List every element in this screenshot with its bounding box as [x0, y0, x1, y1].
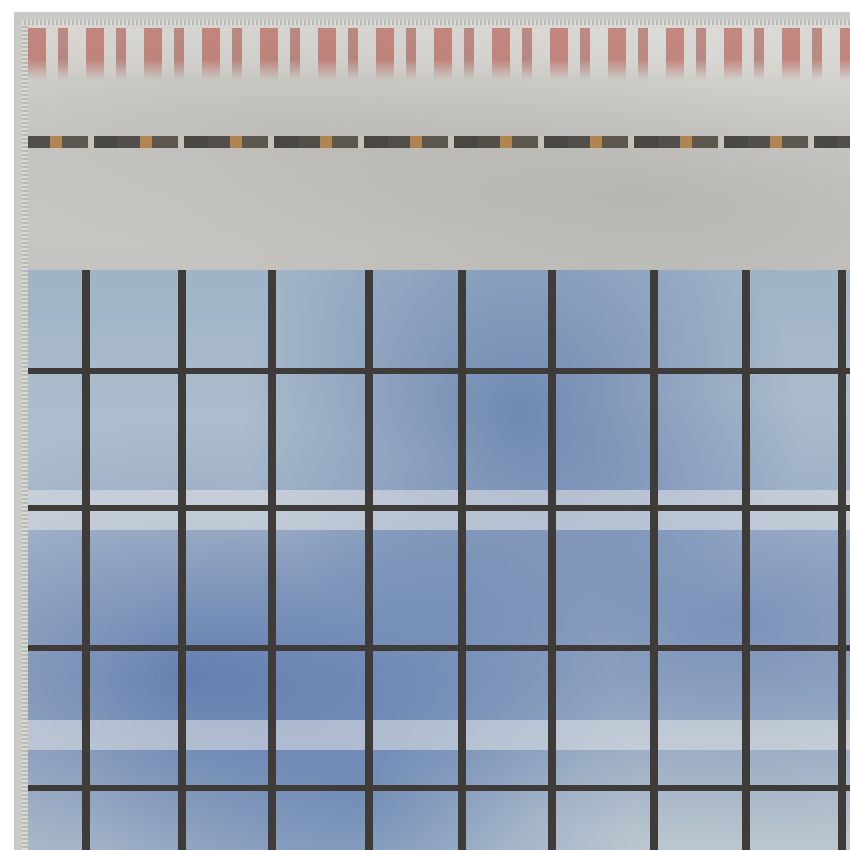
rust-motif-row	[28, 28, 850, 80]
grid-line-vertical	[365, 270, 373, 850]
grid-line-vertical	[742, 270, 750, 850]
grid-line-horizontal	[28, 505, 850, 511]
grid-line-vertical	[82, 270, 90, 850]
rug-photo	[0, 0, 850, 850]
dark-gold-stripe	[28, 136, 850, 148]
grid-line-vertical	[268, 270, 276, 850]
grid-line-horizontal	[28, 645, 850, 651]
grid-line-vertical	[458, 270, 466, 850]
grid-line-vertical	[178, 270, 186, 850]
rug-corner	[14, 12, 850, 850]
grid-line-vertical	[838, 270, 846, 850]
grid-line-vertical	[650, 270, 658, 850]
grid-line-horizontal	[28, 368, 850, 374]
grid-line-vertical	[548, 270, 556, 850]
cream-band	[28, 720, 850, 750]
blue-grid-field	[28, 270, 850, 850]
grid-line-horizontal	[28, 785, 850, 791]
